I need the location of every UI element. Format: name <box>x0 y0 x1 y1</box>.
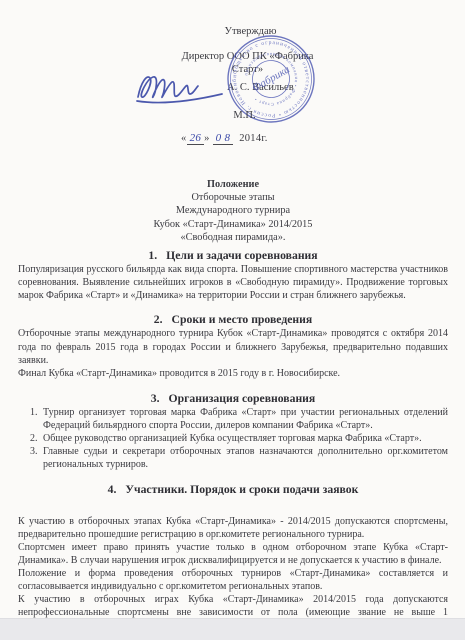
section-1-paragraph: Популяризация русского бильярда как вида… <box>18 263 448 302</box>
section-4-heading: 4.Участники. Порядок и сроки подачи заяв… <box>18 483 448 496</box>
organization-list-item: Общее руководство организацией Кубка осу… <box>40 432 448 445</box>
section-1-title: Цели и задачи соревнования <box>166 249 318 262</box>
title-line4: «Свободная пирамида». <box>18 231 448 244</box>
title-line1: Отборочные этапы <box>18 191 448 204</box>
section-4-title: Участники. Порядок и сроки подачи заявок <box>125 483 358 496</box>
organization-list: Турнир организует торговая марка Фабрика… <box>18 406 448 471</box>
section-2-heading: 2.Сроки и место проведения <box>18 313 448 326</box>
section-3-title: Организация соревнования <box>169 392 316 405</box>
title-line2: Международного турнира <box>18 204 448 217</box>
section-4-number: 4. <box>108 483 117 496</box>
approval-block: Утверждаю Директор ООО ПК «Фабрика Старт… <box>0 0 465 168</box>
section-4-paragraph-3: Положение и форма проведения отборочных … <box>18 567 448 593</box>
date-open-quote: « <box>181 133 187 144</box>
section-1-heading: 1.Цели и задачи соревнования <box>18 249 448 262</box>
title-block: Положение Отборочные этапы Международног… <box>18 178 448 244</box>
section-1-number: 1. <box>148 249 157 262</box>
document-body: Положение Отборочные этапы Международног… <box>18 178 448 632</box>
section-3-heading: 3.Организация соревнования <box>18 392 448 405</box>
date-year: 2014г. <box>239 133 268 144</box>
section-2-title: Сроки и место проведения <box>172 313 313 326</box>
section-2-paragraph-1: Отборочные этапы международного турнира … <box>18 327 448 366</box>
date-line: «26» 0 8 2014г. <box>181 132 268 144</box>
title-line3: Кубок «Старт-Динамика» 2014/2015 <box>18 218 448 231</box>
scanned-document-page: Утверждаю Директор ООО ПК «Фабрика Старт… <box>0 0 465 640</box>
organization-list-item: Главные судьи и секретари отборочных эта… <box>40 445 448 471</box>
section-4-paragraph-2: Спортсмен имеет право принять участие то… <box>18 541 448 567</box>
section-2-paragraph-2: Финал Кубка «Старт-Динамика» проводится … <box>18 367 448 380</box>
date-day-handwritten: 26 <box>187 132 205 145</box>
date-close-quote: » <box>204 133 210 144</box>
stamp-place-label: М.П. <box>0 110 465 121</box>
section-3-number: 3. <box>151 392 160 405</box>
document-title: Положение <box>18 178 448 191</box>
scan-page-edge <box>0 618 465 640</box>
organization-list-item: Турнир организует торговая марка Фабрика… <box>40 406 448 432</box>
date-month-handwritten: 0 8 <box>213 132 234 145</box>
section-2-number: 2. <box>154 313 163 326</box>
section-4-paragraph-1: К участию в отборочных этапах Кубка «Ста… <box>18 515 448 541</box>
